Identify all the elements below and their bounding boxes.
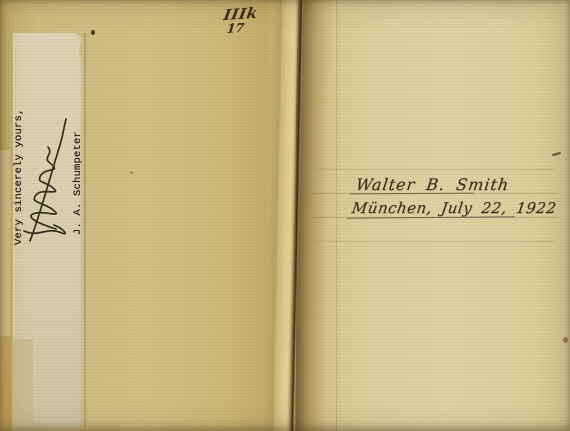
page-edge-band [0, 150, 10, 340]
slip-shadow [84, 33, 87, 427]
owner-inscription-name: Walter B. Smith [355, 175, 511, 194]
shelf-mark: IIIk 17 [224, 5, 257, 35]
owner-inscription-place-date: München, July 22, 1922 [351, 199, 558, 217]
schumpeter-signature-flourish [14, 95, 84, 245]
page-fold-line [336, 0, 337, 431]
book-gutter [263, 0, 336, 431]
binding-strip [0, 336, 12, 431]
binding-strip [12, 339, 33, 431]
open-book-photo: Very sincerely yours, J. A. Schumpeter I… [0, 0, 570, 431]
slip-rotated-text: Very sincerely yours, J. A. Schumpeter [14, 95, 84, 245]
shelf-mark-number: 17 [226, 19, 258, 36]
